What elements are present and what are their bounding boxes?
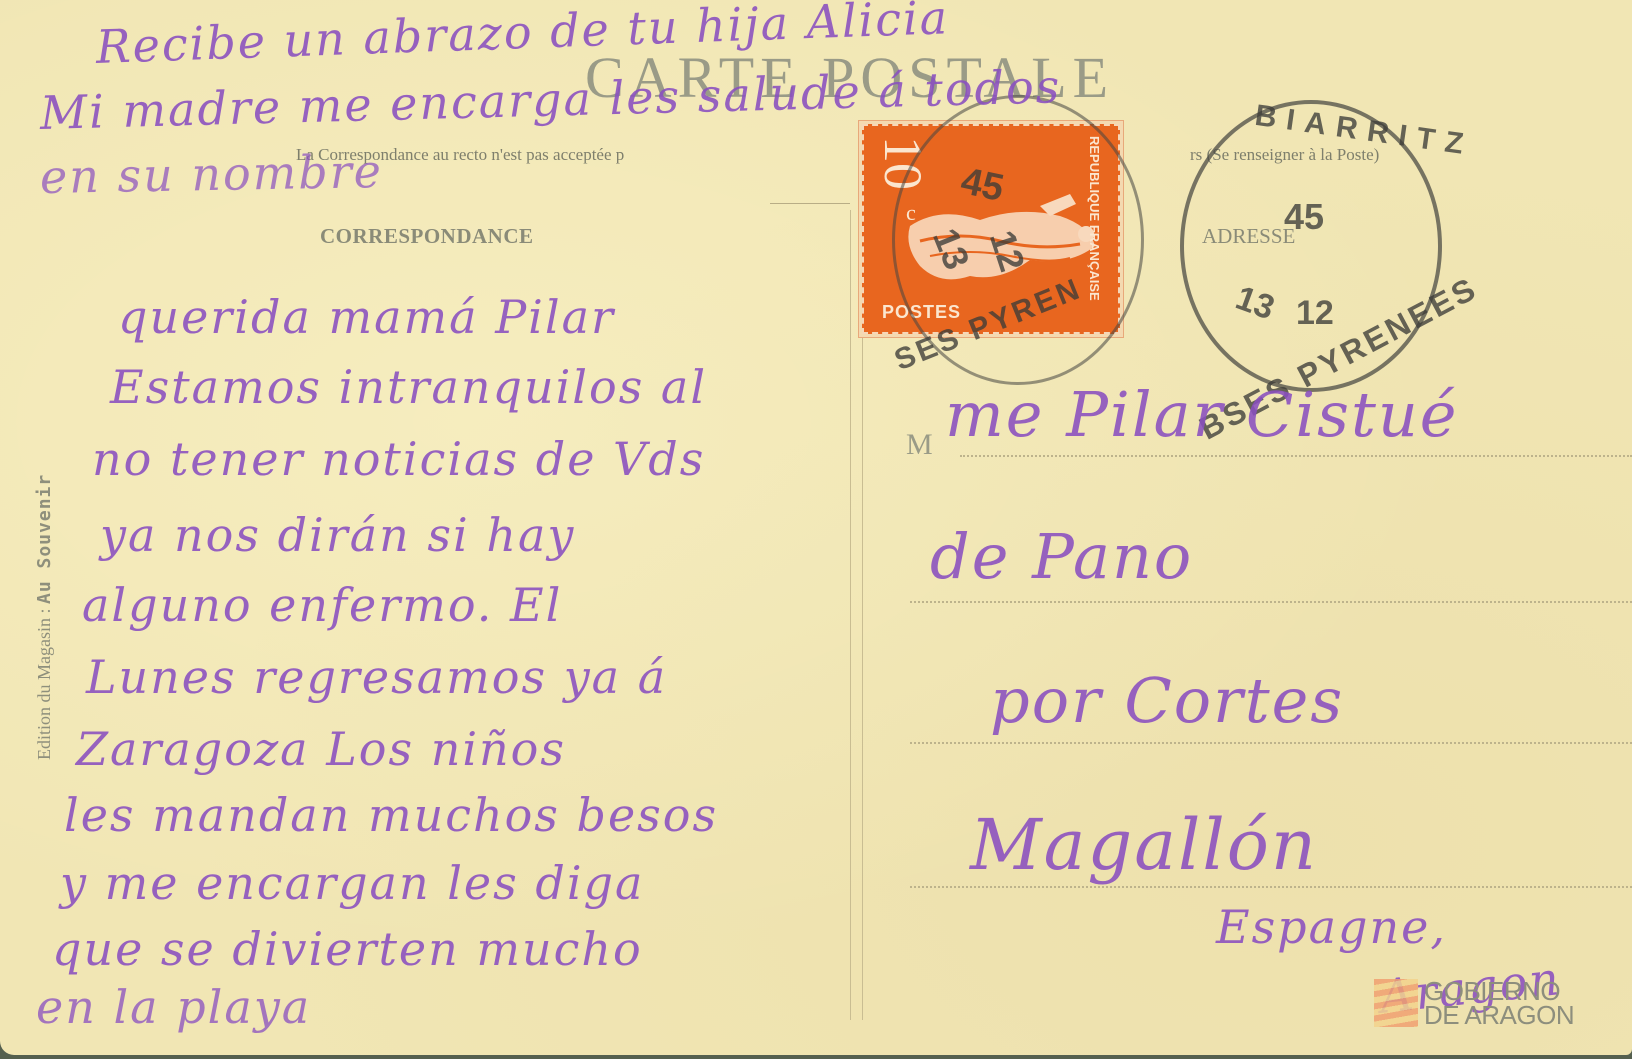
address-line-4 bbox=[910, 886, 1632, 888]
handwritten-address-line-4: Magallón bbox=[970, 804, 1318, 886]
postmark-right: BIARRITZ 45 13 12 BSES PYRENEES bbox=[1180, 100, 1442, 392]
divider-top bbox=[770, 203, 850, 204]
publisher-prefix: Edition du Magasin : bbox=[34, 609, 54, 761]
postmark-left-region: SES PYREN bbox=[890, 272, 1087, 378]
postcard: CARTE POSTALE La Correspondance au recto… bbox=[0, 0, 1632, 1055]
handwritten-address-line-3: por Cortes bbox=[990, 664, 1344, 737]
handwritten-body-line-5: alguno enfermo. El bbox=[82, 578, 562, 632]
aragon-flag-icon bbox=[1374, 979, 1418, 1027]
handwritten-address-line-5: Espagne, bbox=[1216, 900, 1447, 954]
address-line-3 bbox=[910, 742, 1632, 744]
watermark-line-2: DE ARAGON bbox=[1424, 1003, 1574, 1027]
handwritten-body-line-7: Zaragoza Los niños bbox=[76, 722, 566, 776]
postmark-right-month: 12 bbox=[1296, 294, 1334, 333]
handwritten-margin-line-3: en su nombre bbox=[40, 144, 384, 204]
publisher-name: Au Souvenir bbox=[34, 474, 55, 604]
center-divider bbox=[850, 210, 851, 1020]
handwritten-body-line-6: Lunes regresamos ya á bbox=[86, 650, 667, 704]
postmark-left: 45 13 12 SES PYREN bbox=[892, 95, 1144, 385]
publisher-imprint: Edition du Magasin : Au Souvenir bbox=[34, 474, 55, 760]
correspondance-label: CORRESPONDANCE bbox=[320, 224, 534, 249]
postmark-right-town: BIARRITZ bbox=[1253, 99, 1476, 163]
handwritten-body-line-2: Estamos intranquilos al bbox=[110, 360, 707, 414]
recipient-prefix: M bbox=[906, 428, 933, 462]
gobierno-de-aragon-watermark: GOBIERNO DE ARAGON bbox=[1374, 972, 1574, 1034]
handwritten-address-line-1: me Pilar Cistué bbox=[945, 378, 1459, 451]
address-line-1 bbox=[960, 455, 1632, 457]
postmark-right-time: 45 bbox=[1284, 196, 1324, 238]
postmark-left-day: 13 bbox=[924, 223, 978, 276]
handwritten-body-line-11: en la playa bbox=[36, 980, 311, 1034]
handwritten-body-line-4: ya nos dirán si hay bbox=[100, 508, 575, 562]
handwritten-body-line-10: que se divierten mucho bbox=[52, 922, 643, 976]
watermark-text: GOBIERNO DE ARAGON bbox=[1424, 979, 1574, 1027]
handwritten-body-line-3: no tener noticias de Vds bbox=[92, 432, 705, 486]
postmark-left-time: 45 bbox=[957, 160, 1007, 211]
handwritten-body-line-8: les mandan muchos besos bbox=[64, 788, 718, 842]
postmark-right-day: 13 bbox=[1230, 279, 1279, 329]
handwritten-address-line-2: de Pano bbox=[930, 520, 1193, 593]
address-line-2 bbox=[910, 601, 1632, 603]
handwritten-body-line-9: y me encargan les diga bbox=[60, 856, 644, 910]
handwritten-body-line-1: querida mamá Pilar bbox=[118, 290, 615, 344]
postmark-left-month: 12 bbox=[981, 225, 1033, 276]
